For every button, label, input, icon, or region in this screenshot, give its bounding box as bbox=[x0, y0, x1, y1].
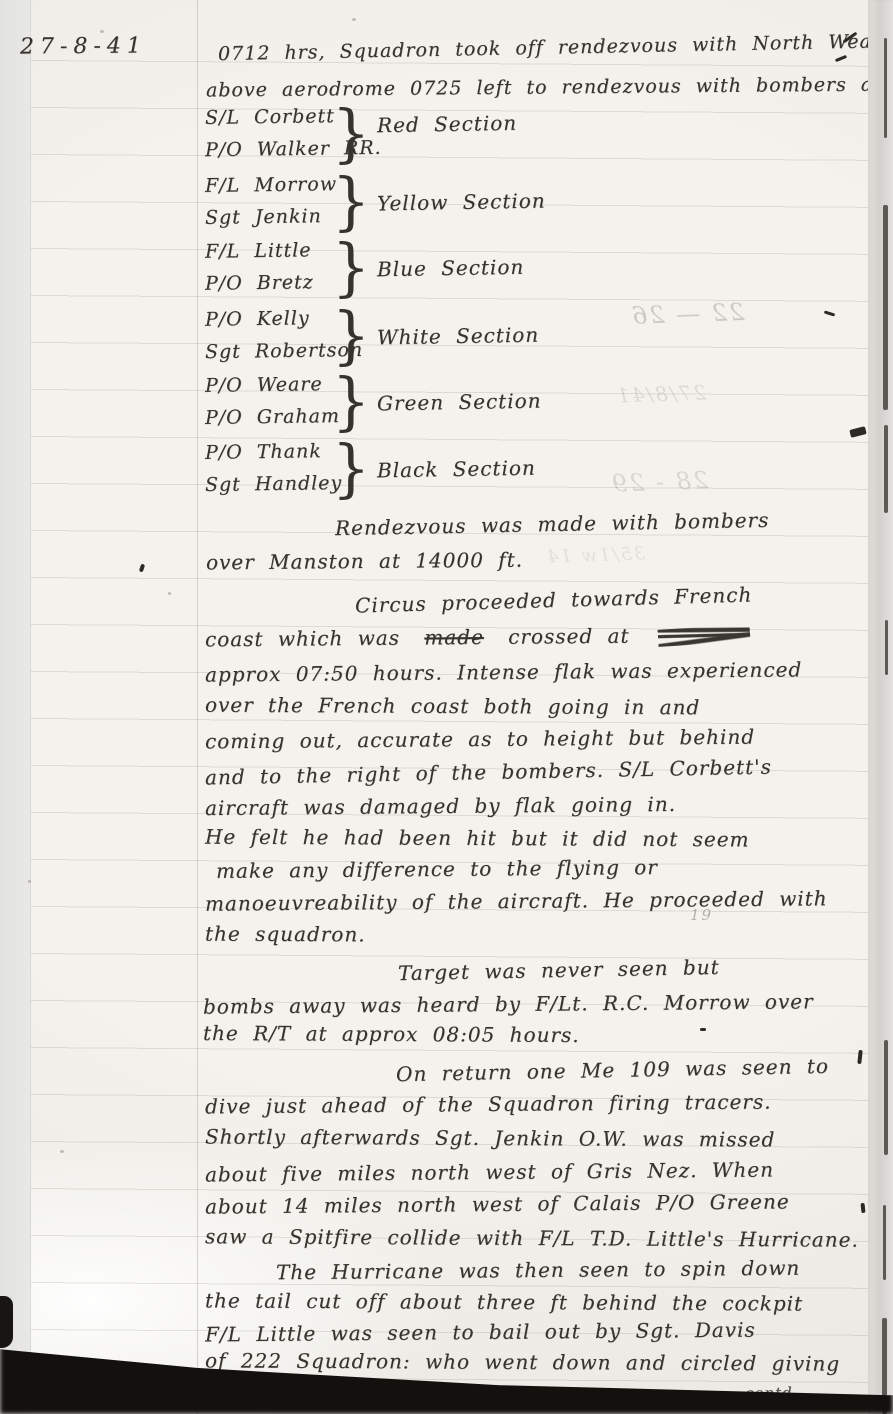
section-brace: } bbox=[332, 166, 370, 239]
pilot-name: S/L Corbett bbox=[205, 105, 335, 129]
binding-edge bbox=[868, 0, 893, 1414]
ink-mark bbox=[139, 564, 145, 573]
bleedthrough-text: 35/1w 14 bbox=[545, 543, 646, 567]
handwritten-line: He felt he had been hit but it did not s… bbox=[205, 825, 750, 852]
handwritten-line: Target was never seen but bbox=[398, 955, 720, 985]
section-brace: } bbox=[332, 98, 370, 171]
section-brace: } bbox=[332, 232, 370, 305]
handwritten-line: aircraft was damaged by flak going in. bbox=[205, 792, 676, 820]
paper-speck bbox=[28, 880, 31, 883]
pilot-section-blue: F/L Little P/O Bretz } Blue Section bbox=[205, 240, 635, 312]
handwritten-line: above aerodrome 0725 left to rendezvous … bbox=[206, 73, 893, 102]
handwritten-line: of 222 Squadron: who went down and circl… bbox=[205, 1348, 840, 1375]
handwritten-line: over the French coast both going in and bbox=[205, 693, 700, 720]
handwritten-line: Circus proceeded towards French bbox=[355, 582, 753, 617]
section-label: Black Section bbox=[377, 456, 536, 483]
paper-speck bbox=[352, 18, 356, 21]
binding-line-segment bbox=[884, 425, 888, 513]
pilot-name: P/O Bretz bbox=[205, 271, 314, 295]
handwritten-line: The Hurricane was then seen to spin down bbox=[276, 1256, 800, 1285]
bleedthrough-text: 28 - 29 bbox=[610, 466, 709, 497]
binding-line-segment bbox=[885, 620, 888, 675]
ink-mark bbox=[700, 1028, 706, 1031]
pilot-name: Sgt Jenkin bbox=[205, 205, 322, 229]
handwritten-line: the R/T at approx 08:05 hours. bbox=[203, 1021, 580, 1047]
pilot-name: Sgt Handley bbox=[205, 472, 343, 496]
handwritten-line-with-corrections: coast which was made crossed at bbox=[205, 623, 750, 652]
section-label: Yellow Section bbox=[377, 189, 546, 216]
handwritten-line: bombs away was heard by F/Lt. R.C. Morro… bbox=[203, 989, 814, 1018]
bleedthrough-text: 27/8/41 bbox=[615, 380, 707, 407]
handwritten-line: dive just ahead of the Squadron firing t… bbox=[205, 1090, 772, 1119]
binding-line-segment bbox=[883, 1205, 886, 1280]
paper-speck bbox=[168, 592, 171, 595]
entry-date: 27-8-41 bbox=[20, 33, 147, 59]
left-edge-strip bbox=[0, 0, 31, 1414]
scanned-logbook-page: 27-8-41 0712 hrs, Squadron took off rend… bbox=[0, 0, 893, 1414]
pilot-section-red: S/L Corbett P/O Walker RR. } Red Section bbox=[205, 106, 635, 178]
section-label: Blue Section bbox=[377, 255, 525, 282]
handwritten-line: about five miles north west of Gris Nez.… bbox=[205, 1158, 774, 1187]
section-label: Green Section bbox=[377, 389, 542, 416]
handwritten-line: On return one Me 109 was seen to bbox=[396, 1054, 829, 1086]
pilot-section-green: P/O Weare P/O Graham } Green Section bbox=[205, 374, 635, 446]
handwritten-line: F/L Little was seen to bail out by Sgt. … bbox=[205, 1318, 756, 1347]
section-label: White Section bbox=[377, 323, 540, 350]
bleedthrough-text: 19 bbox=[690, 906, 713, 924]
section-label: Red Section bbox=[377, 111, 518, 137]
handwritten-line: over Manston at 14000 ft. bbox=[206, 548, 523, 575]
pilot-section-white: P/O Kelly Sgt Robertson } White Section bbox=[205, 308, 635, 380]
paper-speck bbox=[100, 30, 104, 33]
pilot-name: F/L Little bbox=[205, 239, 312, 262]
pilot-name: P/O Kelly bbox=[205, 307, 310, 330]
ink-mark bbox=[860, 1203, 865, 1213]
ink-mark bbox=[824, 310, 835, 316]
pilot-name: P/O Thank bbox=[205, 440, 322, 464]
handwritten-line: about 14 miles north west of Calais P/O … bbox=[205, 1189, 790, 1218]
bleedthrough-text: 22 — 26 bbox=[630, 298, 745, 330]
handwritten-line: Shortly afterwards Sgt. Jenkin O.W. was … bbox=[205, 1125, 775, 1152]
section-brace: } bbox=[332, 366, 370, 439]
pilot-name: F/L Morrow bbox=[205, 173, 337, 197]
ink-mark bbox=[857, 1050, 862, 1064]
pilot-section-yellow: F/L Morrow Sgt Jenkin } Yellow Section bbox=[205, 174, 635, 246]
binding-line-segment bbox=[884, 1040, 888, 1155]
ink-blob bbox=[0, 1296, 13, 1348]
paper-speck bbox=[60, 1150, 64, 1153]
handwritten-line: and to the right of the bombers. S/L Cor… bbox=[205, 755, 772, 790]
pilot-name: P/O Weare bbox=[205, 373, 323, 397]
handwritten-line: the tail cut off about three ft behind t… bbox=[205, 1288, 803, 1315]
pilot-name: P/O Graham bbox=[205, 405, 340, 429]
line-fragment: coast which was bbox=[205, 626, 400, 652]
handwritten-line: make any difference to the flying or bbox=[216, 855, 658, 883]
handwritten-line: coming out, accurate as to height but be… bbox=[205, 725, 755, 754]
section-brace: } bbox=[332, 433, 370, 506]
handwritten-line: the squadron. bbox=[205, 922, 366, 947]
line-fragment: crossed at bbox=[508, 624, 630, 649]
binding-line-segment bbox=[883, 205, 888, 410]
ink-mark bbox=[835, 55, 847, 62]
scribbled-out-word bbox=[657, 624, 750, 647]
handwritten-line: 0712 hrs, Squadron took off rendezvous w… bbox=[218, 29, 893, 65]
handwritten-line: manoeuvreability of the aircraft. He pro… bbox=[205, 886, 828, 915]
strikethrough-word: made bbox=[424, 625, 484, 650]
section-brace: } bbox=[332, 300, 370, 373]
date-column-rule bbox=[197, 0, 198, 1414]
pilot-section-black: P/O Thank Sgt Handley } Black Section bbox=[205, 441, 635, 513]
handwritten-line: approx 07:50 hours. Intense flak was exp… bbox=[205, 657, 802, 686]
binding-line-segment bbox=[884, 38, 887, 138]
handwritten-line: saw a Spitfire collide with F/L T.D. Lit… bbox=[205, 1224, 859, 1251]
ink-mark bbox=[849, 426, 866, 438]
